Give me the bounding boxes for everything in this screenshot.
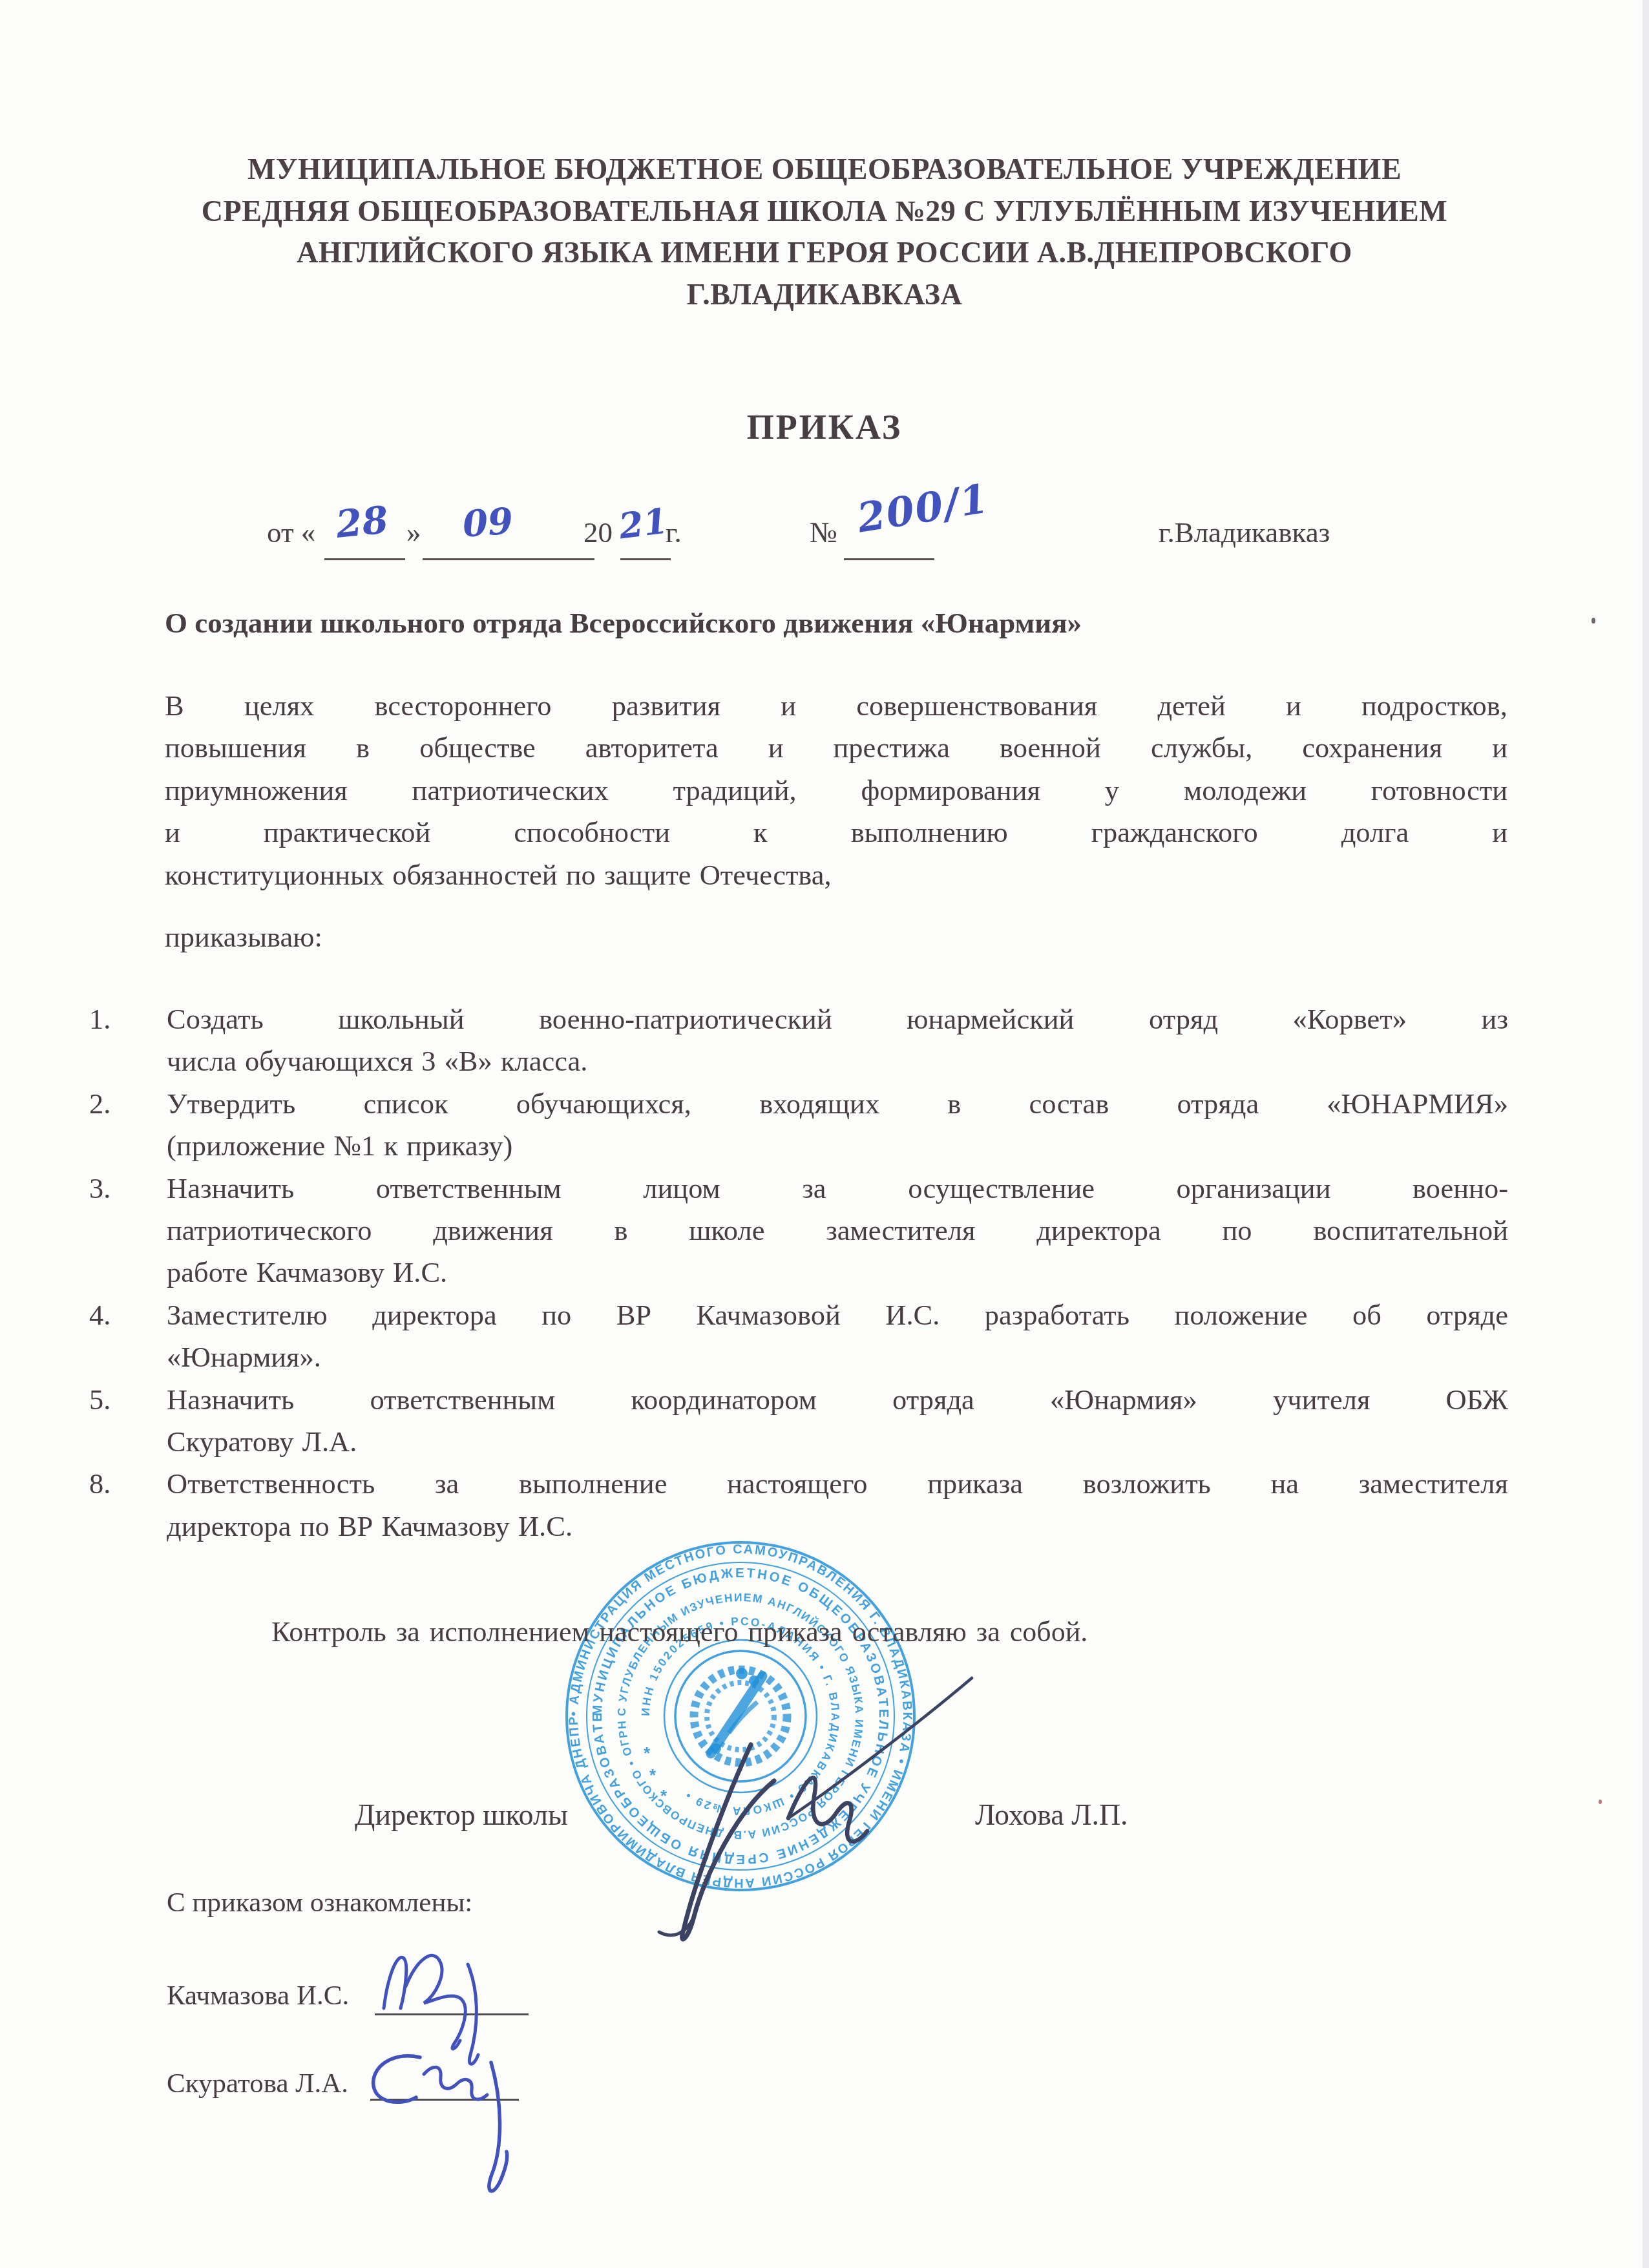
- order-item: 3.Назначить ответственным лицом за осуще…: [89, 1168, 1508, 1294]
- preamble-line: приумножения патриотических традиций, фо…: [165, 770, 1507, 812]
- control-line: Контроль за исполнением настоящего прика…: [271, 1615, 1087, 1648]
- item-line: Заместителю директора по ВР Качмазовой И…: [167, 1294, 1508, 1336]
- signer-row: Скуратова Л.А.: [167, 2068, 748, 2113]
- item-line: Утвердить список обучающихся, входящих в…: [167, 1083, 1508, 1125]
- scan-speck: [1599, 1800, 1602, 1804]
- item-line: «Юнармия».: [167, 1336, 1508, 1378]
- preamble-line: конституционных обязанностей по защите О…: [165, 854, 1507, 896]
- order-item: 1.Создать школьный военно-патриотический…: [89, 998, 1508, 1083]
- handwritten-year: 21: [616, 500, 669, 547]
- order-item: 5.Назначить ответственным координатором …: [89, 1379, 1508, 1464]
- year-underline: [620, 558, 671, 560]
- signature-underline: [375, 2013, 529, 2015]
- order-items: 1.Создать школьный военно-патриотический…: [89, 998, 1508, 1548]
- year-printed: 20: [583, 516, 613, 549]
- signer-row: Качмазова И.С.: [167, 1980, 748, 2025]
- handwritten-day: 28: [334, 498, 390, 547]
- order-subject: О создании школьного отряда Всероссийско…: [165, 606, 1509, 640]
- day-underline: [324, 558, 405, 560]
- header-line: СРЕДНЯЯ ОБЩЕОБРАЗОВАТЕЛЬНАЯ ШКОЛА №29 С …: [0, 191, 1649, 233]
- item-number: 8.: [89, 1463, 167, 1548]
- order-title: ПРИКАЗ: [0, 407, 1649, 447]
- item-number: 2.: [89, 1083, 167, 1168]
- handwritten-month: 09: [461, 499, 514, 545]
- stamp-center-emblem: [694, 1668, 787, 1763]
- director-label: Директор школы: [355, 1798, 568, 1832]
- preamble-line: В целях всестороннего развития и соверше…: [165, 685, 1507, 727]
- organization-header: МУНИЦИПАЛЬНОЕ БЮДЖЕТНОЕ ОБЩЕОБРАЗОВАТЕЛЬ…: [0, 149, 1649, 315]
- item-number: 5.: [89, 1379, 167, 1464]
- item-line: числа обучающихся 3 «В» класса.: [167, 1040, 1508, 1082]
- item-text: Утвердить список обучающихся, входящих в…: [167, 1083, 1508, 1168]
- handwritten-order-number: 200/1: [854, 474, 993, 541]
- preamble-line: повышения в обществе авторитета и прести…: [165, 727, 1507, 769]
- preamble-line: и практической способности к выполнению …: [165, 812, 1507, 854]
- official-round-stamp: • АДМИНИСТРАЦИЯ МЕСТНОГО САМОУПРАВЛЕНИЯ …: [558, 1533, 923, 1899]
- item-line: Ответственность за выполнение настоящего…: [167, 1463, 1508, 1505]
- item-line: Создать школьный военно-патриотический ю…: [167, 998, 1508, 1040]
- date-quote-close: »: [406, 516, 421, 549]
- item-number: 4.: [89, 1294, 167, 1379]
- order-item: 4.Заместителю директора по ВР Качмазовой…: [89, 1294, 1508, 1379]
- acknowledgement-label: С приказом ознакомлены:: [167, 1887, 472, 1918]
- item-text: Назначить ответственным координатором от…: [167, 1379, 1508, 1464]
- city-label: г.Владикавказ: [1159, 516, 1330, 549]
- item-line: работе Качмазову И.С.: [167, 1252, 1508, 1294]
- number-underline: [844, 558, 934, 560]
- item-number: 1.: [89, 998, 167, 1083]
- month-underline: [423, 558, 594, 560]
- decree-word: приказываю:: [165, 920, 322, 954]
- item-line: Назначить ответственным координатором от…: [167, 1379, 1508, 1421]
- date-prefix: от «: [267, 516, 315, 549]
- signer-name: Скуратова Л.А.: [167, 2068, 348, 2099]
- director-name: Лохова Л.П.: [975, 1798, 1128, 1832]
- scan-edge-shadow: [1643, 0, 1649, 2268]
- item-text: Создать школьный военно-патриотический ю…: [167, 998, 1508, 1083]
- item-text: Назначить ответственным лицом за осущест…: [167, 1168, 1508, 1294]
- item-line: Назначить ответственным лицом за осущест…: [167, 1168, 1508, 1210]
- item-line: (приложение №1 к приказу): [167, 1125, 1508, 1167]
- item-text: Заместителю директора по ВР Качмазовой И…: [167, 1294, 1508, 1379]
- year-suffix: г.: [666, 516, 682, 549]
- signature-underline: [370, 2099, 519, 2101]
- header-line: Г.ВЛАДИКАВКАЗА: [0, 274, 1649, 316]
- header-line: МУНИЦИПАЛЬНОЕ БЮДЖЕТНОЕ ОБЩЕОБРАЗОВАТЕЛЬ…: [0, 149, 1649, 191]
- date-number-row: от « 28 » 09 20 21 г. № 200/1 г.Владикав…: [0, 510, 1649, 588]
- item-line: патриотического движения в школе замести…: [167, 1210, 1508, 1252]
- signer-name: Качмазова И.С.: [167, 1980, 349, 2011]
- number-sign: №: [810, 516, 837, 549]
- item-line: Скуратову Л.А.: [167, 1421, 1508, 1463]
- scanned-order-document: МУНИЦИПАЛЬНОЕ БЮДЖЕТНОЕ ОБЩЕОБРАЗОВАТЕЛЬ…: [0, 0, 1649, 2268]
- scan-speck: [1591, 618, 1595, 624]
- order-preamble: В целях всестороннего развития и соверше…: [165, 685, 1507, 896]
- director-signature-row: Директор школы Лохова Л.П.: [0, 1798, 1649, 1843]
- header-line: АНГЛИЙСКОГО ЯЗЫКА ИМЕНИ ГЕРОЯ РОССИИ А.В…: [0, 232, 1649, 274]
- order-item: 2.Утвердить список обучающихся, входящих…: [89, 1083, 1508, 1168]
- item-number: 3.: [89, 1168, 167, 1294]
